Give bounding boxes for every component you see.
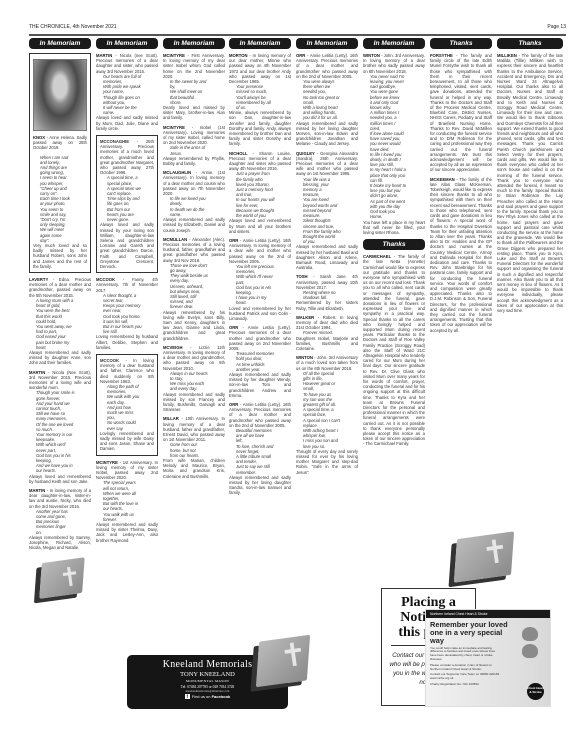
section-header-in-memoriam: In Memoriam — [363, 38, 425, 49]
notice-text: Lovingly remembered and sadly missed by … — [100, 431, 154, 452]
chest-heart-stroke-logo: Chest Heart & Stroke — [527, 683, 544, 700]
notice-text: Those we love don'tgo away,They walk bes… — [163, 263, 225, 310]
column-6: In Memoriam WINTON - John. 3rd Anniversa… — [363, 38, 425, 451]
notice-text: Treasured memorieshold you dear,As time … — [229, 351, 291, 372]
notice-text: Daughters Isobel, Marjorie and families,… — [296, 336, 358, 352]
notice-closing: Very much loved and so badly missed by h… — [33, 243, 87, 269]
notice-mccook-2: MCCOOK - In loving memory of a dear husb… — [96, 354, 158, 456]
notice-laverty: LAVERTY - Edna. Precious memories of a d… — [29, 277, 91, 365]
notice-text: Our hearts are full ofmemories,With prid… — [96, 74, 158, 116]
notice-text: Of all the specialgifts in life,However … — [296, 371, 358, 449]
notice-winton: WINTON - John. 3rd Anniversary of a much… — [296, 355, 358, 475]
column-1: In Memoriam KNOX - Anne Helena. Sadly pa… — [29, 38, 91, 610]
notice-martin: MARTIN - Nicola (Nee Scott), 3rd Novembe… — [29, 370, 91, 484]
section-header-in-memoriam: In Memoriam — [163, 38, 225, 49]
column-2: In Memoriam MARTIN - Nicola (nee Scott).… — [96, 38, 158, 547]
notice-mcveigh: MCVEIGH - Lizzie 11th Anniversary. In lo… — [163, 345, 225, 413]
facebook-link[interactable]: fFind us on Facebook — [127, 694, 288, 699]
notice-text: Always remembered and sadly missed by si… — [96, 522, 158, 543]
notice-text: - Annie Letitia (Letty). 16th Anniversar… — [229, 238, 291, 264]
bible-cross-icon: ✝ — [33, 556, 88, 604]
notice-text: Always remembered by Phyllis, Bobby and … — [163, 156, 225, 166]
notice-forsythe: FORSYTHE - The family and family circle … — [430, 53, 492, 173]
notice-text: Always loved and remembered by husband K… — [29, 474, 91, 484]
notice-text: A silent thought, asecret tear,Keeps you… — [96, 293, 158, 335]
section-header-in-memoriam: In Memoriam — [96, 38, 158, 49]
notice-text: Thought of every day and sorely missed f… — [296, 449, 358, 475]
notice-text: - Annie Letitia (Letty). Precious memori… — [229, 325, 291, 351]
notice-orr: ORR - Annie Letitia (Letty). 16th Annive… — [229, 238, 291, 321]
notice-text: Beautiful memoriesare all we haveleft,To… — [229, 428, 291, 475]
section-header-in-memoriam: In Memoriam — [29, 38, 91, 49]
notice-winton-2: WINTON - John. 3rd Anniversary. In lovin… — [363, 53, 425, 235]
notice-carmichael: CARMICHAEL - The family of the late Nett… — [363, 254, 425, 447]
notice-mckeeman: MCKEEMAN - The family of the late Allan … — [430, 177, 492, 333]
notice-text: Always remembered and sadly missed by he… — [296, 121, 358, 147]
column-4: In Memoriam MORTON - In loving memory of… — [229, 38, 291, 500]
notice-nicholl: NICHOLL - Sharon Louise. Precious memori… — [229, 151, 291, 234]
masthead-rule — [29, 34, 566, 36]
column-7: Thanks FORSYTHE - The family and family … — [430, 38, 492, 337]
notice-text: Minnie, always remembered by son Dan, da… — [229, 110, 291, 146]
facebook-icon: f — [185, 694, 190, 699]
portrait-photo — [33, 59, 87, 131]
notice-mcmullan: MCMULLAN - Alexander (Alec). Precious me… — [163, 237, 225, 341]
column-3: In Memoriam MCINTYRE - First Anniversary… — [163, 38, 225, 483]
notice-text: Along the path ofmemories,We walk with y… — [100, 384, 154, 431]
notice-martin-3: MARTIN - Nicola (nee Scott). Precious me… — [96, 53, 158, 131]
section-header-thanks: Thanks — [497, 38, 563, 49]
notice-mcintyre-3: MCINTYRE - Isobel (1st Anniversary). Lov… — [163, 125, 225, 167]
notice-text: Loved and remembered by her husband Patr… — [229, 306, 291, 322]
notice-verse: When I am sadand lonely,And things arego… — [33, 155, 87, 243]
notice-milliken: MILLIKEN - The family of the late Matild… — [497, 53, 563, 313]
notice-text: From wife Marian, children Melody and Ma… — [163, 458, 225, 479]
masthead: THE CHRONICLE, 4th November 2021 Page 13 — [29, 24, 566, 34]
notice-text: Dearly loved and missed by sister Mary, … — [163, 105, 225, 121]
publication-date: THE CHRONICLE, 4th November 2021 — [29, 24, 117, 34]
notice-text: Always in our heartsto stay,We miss you … — [163, 371, 225, 392]
notice-text: Just a prayer fromthe family wholoved yo… — [229, 171, 291, 218]
ad-contact: Contact our Supporter Care Team on 02890… — [426, 672, 506, 682]
notice-mccook: MCCOOK - Fanny. 4th Anniversary. 7th of … — [96, 277, 158, 350]
notice-text: A special time, aspecial place,A special… — [100, 175, 154, 222]
page-number: Page 13 — [547, 24, 566, 34]
notice-text: You have left a place in my heart that w… — [363, 220, 425, 236]
ad-body-2: Please consider a donation in lieu of fl… — [426, 663, 506, 673]
notice-text: - In loving memory of our dear mother, M… — [229, 53, 291, 84]
notice-text: Loving remembered by husband Albert, Deb… — [96, 334, 158, 350]
column-8: Thanks MILLIKEN - The family of the late… — [497, 38, 563, 317]
notice-tosh: TOSH - Sarah Jane. 4th Anniversary, pass… — [296, 274, 358, 310]
notice-quigley: QUIGLEY - Georgina Alexandra (Sandra), 2… — [296, 151, 358, 271]
notice-text: Always remembered and sadly missed by El… — [163, 217, 225, 233]
notice-martin-2: MARTIN - In loving memory of a dear daug… — [29, 488, 91, 550]
ad-charity-no: Charity Registration No. NIC 103593 — [426, 682, 506, 688]
notice-text: Always remembered and sadly missed by he… — [229, 372, 291, 398]
notice-orr-2: ORR - Annie Letitia (Letty). Precious me… — [229, 325, 291, 398]
notice-text: Always loved and sadly missed by Mum, Da… — [96, 115, 158, 131]
notice-text: In life we loved youdearly.In death we d… — [163, 196, 225, 217]
ad-body-1: You could help make an immediate and las… — [426, 646, 506, 663]
notice-text: Another year hascome and gone,But precio… — [29, 509, 91, 535]
bible-cross-icon: ✝ — [448, 531, 528, 591]
notice-orr-4: ORR - Annie Letitia (Letty). 16th Annive… — [296, 53, 358, 147]
nichs-ad[interactable]: Northern Ireland Chest Heart & Stroke Re… — [425, 609, 551, 707]
knitted-hearts-icon — [518, 624, 542, 672]
notice-text: You were alwaysthere when weneeded you,N… — [296, 79, 358, 121]
notice-text: - The family of the late Allan Glass McK… — [430, 177, 492, 333]
notice-knox: KNOX - Anne Helena. Sadly passed away on… — [29, 53, 91, 273]
notice-text: Always remembered by Sammy, Josephine, R… — [29, 535, 91, 551]
notice-text: Gone from ourhome, but notfrom our heart… — [163, 442, 225, 458]
notice-text: - The family and family circle of the la… — [430, 53, 492, 172]
notice-text: Your life was ablessing, yourmemory atre… — [296, 177, 358, 245]
notice-text: Always remembered and sadly missed by so… — [163, 392, 225, 413]
notice-text: KNOX - Anne Helena. Sadly passed away on… — [33, 135, 87, 151]
notice-text: Always remembered and sadly missed by da… — [29, 350, 91, 366]
section-header-in-memoriam: In Memoriam — [229, 38, 291, 49]
notice-mcintyre: MCINTYRE - 1st Anniversary. In loving me… — [96, 460, 158, 543]
ad-headline: Remember your loved one in a very specia… — [426, 618, 512, 646]
notice-walker: WALKER - Robert. In loving memory of dea… — [296, 315, 358, 351]
notice-text: - 25th Anniversary. Precious memories of… — [100, 139, 154, 175]
notice-text: Always remembered and sadly missed by he… — [229, 475, 291, 496]
notice-text: Safe in the arms ofJesus. — [163, 145, 225, 155]
bible-cross-icon: ✝ — [250, 634, 320, 694]
notice-text: A loving mum with aheart of gold,You wer… — [29, 298, 91, 350]
notice-text: The special yearswill not return,When we… — [96, 480, 158, 522]
notice-text: You never said I'mleaving, you neversaid… — [363, 74, 425, 220]
notice-text: Always remembered by his loving wife Eve… — [163, 310, 225, 341]
notice-text: In the sweet by andby,We shall meet onth… — [163, 79, 225, 105]
section-header-thanks: Thanks — [363, 239, 425, 250]
notice-text: Always loved and sadly missed by your lo… — [100, 222, 154, 269]
notice-mclaughlin: MCLAUGHLIN - Annie. (1st Anniversary). I… — [163, 170, 225, 232]
notice-text: - Annie Letitia (Letty). 16th Anniversar… — [296, 53, 358, 79]
notice-text: Your presencemissed so much,You'll alway… — [229, 84, 291, 110]
notice-text: Though your smile isgone forever,And you… — [29, 390, 91, 473]
section-header-in-memoriam: In Memoriam — [296, 38, 358, 49]
notice-text: - The family of the late Netta (Annette)… — [363, 254, 425, 446]
section-header-thanks: Thanks — [430, 38, 492, 49]
notice-mcintyre-2: MCINTYRE - First Anniversary. In loving … — [163, 53, 225, 121]
notice-orr-3: ORR - Annie Letitia (Letty). 16th Annive… — [229, 402, 291, 496]
notice-text: - The family of the late Matilda (Tillie… — [497, 53, 563, 313]
notice-text: Always loved and remembered by Mum and a… — [229, 218, 291, 234]
column-5: In Memoriam ORR - Annie Letitia (Letty).… — [296, 38, 358, 479]
notice-text: - Annie Letitia (Letty). 16th Anniversar… — [229, 402, 291, 428]
notice-text: Remembered by her sisters Ruby, Tillie a… — [296, 300, 358, 310]
notice-mcconaghie: MCCONAGHIE - 25th Anniversary. Precious … — [96, 135, 158, 273]
notice-text: Resting where noshadows fall. — [296, 290, 358, 300]
notice-morton: MORTON - In loving memory of our dear mo… — [229, 53, 291, 147]
notice-millar: MILLAR - 10th Anniversary. In loving mem… — [163, 416, 225, 478]
notice-text: You left me preciousmemories,With which … — [229, 264, 291, 306]
ad-org-bar: Northern Ireland Chest Heart & Stroke — [426, 610, 550, 618]
notice-text: Always remembered and sadly missed by he… — [296, 244, 358, 270]
